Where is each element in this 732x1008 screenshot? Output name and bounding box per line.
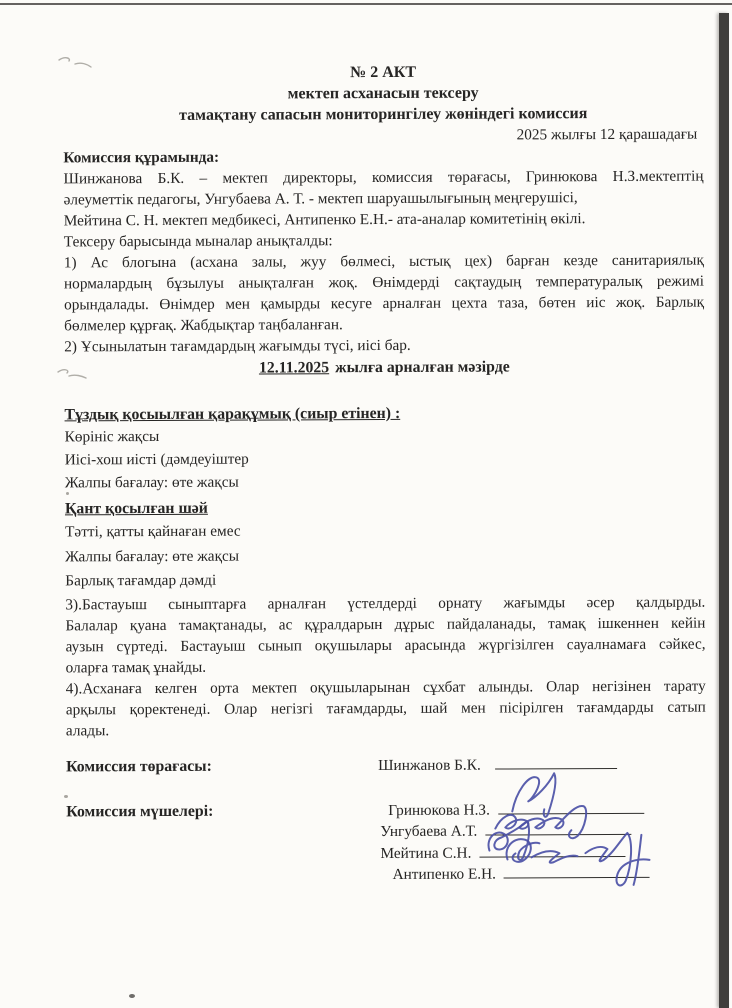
text-line: 2) Ұсынылатын тағамдардың жағымды түсі, … <box>64 334 704 358</box>
act-number: № 2 АКТ <box>63 61 703 85</box>
text-line: аузын сүртеді. Бастауыш сынып оқушылары … <box>66 633 706 657</box>
text-line: нормалардың бұзылуы анықталған жоқ. Өнім… <box>64 271 704 295</box>
findings-paragraph-4: 4).Асханаға келген орта мектеп оқушылары… <box>66 675 706 741</box>
dish1-heading: Тұздық қосыылған қарақұмық (сиыр етінен)… <box>64 402 704 426</box>
text-line: Көрініс жақсы <box>65 423 705 449</box>
composition-heading: Комиссия құрамында: <box>63 145 703 169</box>
text-line: Тәтті, қатты қайнаған емес <box>65 518 705 545</box>
member-name: Антипенко Е.Н. <box>393 866 497 883</box>
document-subtitle-1: мектеп асханасын тексеру <box>63 82 703 106</box>
members-signature-rows: Комиссия мүшелері: Гринюкова Н.З. Унгуба… <box>66 798 706 887</box>
text-line: 3).Бастауыш сыныптарға арналған үстелдер… <box>65 591 705 615</box>
member-signature-row: Антипенко Е.Н. <box>378 863 706 886</box>
text-line: орындалады. Өнімдер мен қамырды кесуге а… <box>64 292 704 316</box>
dish1-evaluation: Көрініс жақсыИісі-хош иісті (дәмдеуіштер… <box>65 423 705 495</box>
signature-antipenko <box>500 829 656 892</box>
document-title-block: № 2 АКТ мектеп асханасын тексеру тамақта… <box>63 61 703 127</box>
dish2-evaluation: Тәтті, қатты қайнаған емесЖалпы бағалау:… <box>65 518 705 594</box>
text-line: арқылы қоректенеді. Олар негізгі тағамда… <box>66 696 706 720</box>
text-line: Барлық тағамдар дәмді <box>65 567 705 594</box>
text-line: Иісі-хош иісті (дәмдеуіштер <box>65 446 705 472</box>
text-line: Балалар қуана тамақтанады, ас құралдарын… <box>65 612 705 636</box>
text-line: 1) Ас блогына (асхана залы, жуу бөлмесі,… <box>64 250 704 274</box>
chairman-signature-row: Комиссия төрағасы: Шинжанов Б.К. <box>66 753 706 777</box>
text-line: Жалпы бағалау: өте жақсы <box>65 469 705 495</box>
document-content: № 2 АКТ мектеп асханасын тексеру тамақта… <box>63 61 707 887</box>
member-name: Унгубаева А.Т. <box>380 823 477 840</box>
member-signature-line <box>504 863 650 879</box>
dish2-heading: Қант қосылған шәй <box>65 495 705 521</box>
text-line: Жалпы бағалау: өте жақсы <box>65 542 705 569</box>
text-line: әлеуметтік педагогы, Унгубаева А. Т. - м… <box>64 187 704 211</box>
members-label: Комиссия мүшелері: <box>66 800 378 822</box>
text-line: Шинжанова Б.К. – мектеп директоры, комис… <box>63 166 703 190</box>
signature-area: Комиссия төрағасы: Шинжанов Б.К. Комисси… <box>66 753 707 887</box>
text-line: Мейтина С. Н. мектеп медбикесі, Антипенк… <box>64 208 704 232</box>
scan-edge-top <box>0 3 732 5</box>
composition-and-findings-paragraph: Шинжанова Б.К. – мектеп директоры, комис… <box>63 166 704 358</box>
text-line: алады. <box>66 717 706 741</box>
menu-heading-text: жылға арналған мәзірде <box>335 358 510 376</box>
member-name: Гринюкова Н.З. <box>388 801 490 818</box>
scanned-document-page: № 2 АКТ мектеп асханасын тексеру тамақта… <box>0 0 732 1008</box>
findings-paragraph-3: 3).Бастауыш сыныптарға арналған үстелдер… <box>65 591 705 678</box>
menu-heading: 12.11.2025жылға арналған мәзірде <box>64 356 704 380</box>
scan-edge-right <box>719 13 729 1008</box>
document-subtitle-2: тамақтану сапасын мониторингілеу жөнінде… <box>63 103 703 127</box>
text-line: оларға тамақ ұнайды. <box>66 654 706 678</box>
scan-artifact-speck <box>129 994 135 998</box>
menu-date: 12.11.2025 <box>259 359 329 376</box>
text-line: Тексеру барысында мыналар анықталды: <box>64 229 704 253</box>
chairman-name: Шинжанов Б.К. <box>378 756 481 773</box>
chairman-label: Комиссия төрағасы: <box>66 755 378 777</box>
document-date: 2025 жылғы 12 қарашадағы <box>63 124 703 148</box>
member-name: Мейтина С.Н. <box>380 844 471 861</box>
text-line: 4).Асханаға келген орта мектеп оқушылары… <box>66 675 706 699</box>
text-line: бөлмелер құрғақ. Жабдықтар таңбаланған. <box>64 313 704 337</box>
